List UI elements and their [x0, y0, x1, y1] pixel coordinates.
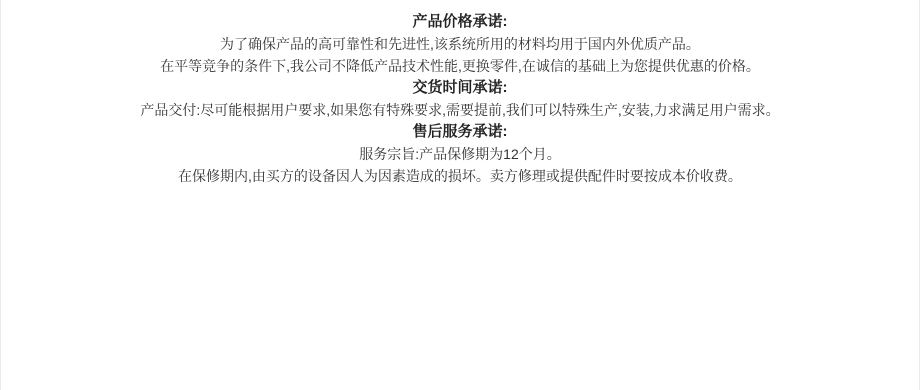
- paragraph-warranty-period: 服务宗旨:产品保修期为12个月。: [1, 143, 919, 165]
- heading-product-price-commitment: 产品价格承诺:: [1, 11, 919, 33]
- product-commitment-document: 产品价格承诺: 为了确保产品的高可靠性和先进性,该系统所用的材料均用于国内外优质…: [0, 0, 920, 390]
- paragraph-repair-cost-policy: 在保修期内,由买方的设备因人为因素造成的损坏。卖方修理或提供配件时要按成本价收费…: [1, 165, 919, 187]
- heading-delivery-time-commitment: 交货时间承诺:: [1, 77, 919, 99]
- paragraph-delivery-terms: 产品交付:尽可能根据用户要求,如果您有特殊要求,需要提前,我们可以特殊生产,安装…: [1, 99, 919, 121]
- paragraph-competitive-pricing: 在平等竞争的条件下,我公司不降低产品技术性能,更换零件,在诚信的基础上为您提供优…: [1, 55, 919, 77]
- paragraph-quality-materials: 为了确保产品的高可靠性和先进性,该系统所用的材料均用于国内外优质产品。: [1, 33, 919, 55]
- heading-after-sales-commitment: 售后服务承诺:: [1, 121, 919, 143]
